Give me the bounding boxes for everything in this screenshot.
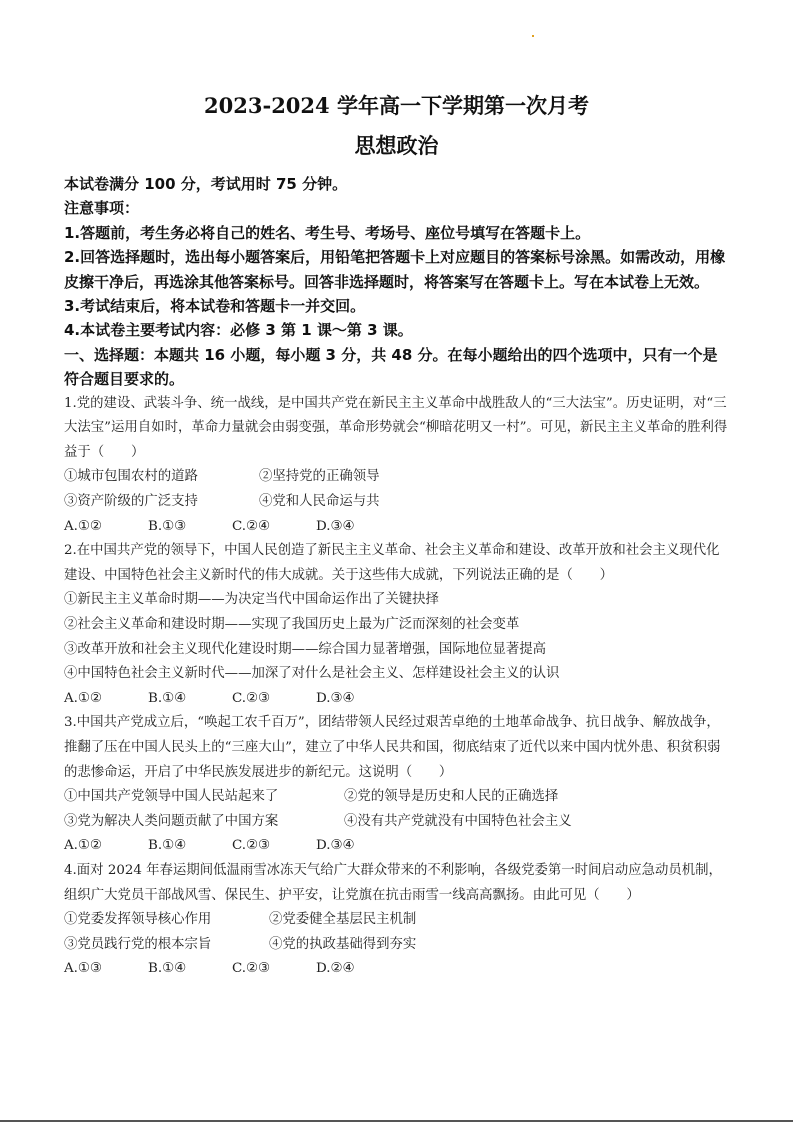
statement: ①党委发挥领导核心作用 [64, 908, 269, 933]
statement: ①新民主主义革命时期——为决定当代中国命运作出了关键抉择 [64, 588, 729, 613]
question-3: 3.中国共产党成立后，“唤起工农千百万”，团结带领人民经过艰苦卓绝的土地革命战争… [64, 711, 729, 859]
notice-item-3: 3.考试结束后，将本试卷和答题卡一并交回。 [64, 294, 729, 318]
statement: ④中国特色社会主义新时代——加深了对什么是社会主义、怎样建设社会主义的认识 [64, 662, 729, 687]
statement: ②党委健全基层民主机制 [269, 908, 416, 933]
statement: ②党的领导是历史和人民的正确选择 [344, 785, 558, 810]
question-stem: 2.在中国共产党的领导下，中国人民创造了新民主主义革命、社会主义革命和建设、改革… [64, 539, 729, 588]
choice-d: D.③④ [316, 515, 400, 540]
statement-row: ③党员践行党的根本宗旨 ④党的执政基础得到夯实 [64, 933, 729, 958]
choice-c: C.②③ [232, 957, 316, 982]
notice-heading: 注意事项： [64, 196, 729, 220]
statement: ③改革开放和社会主义现代化建设时期——综合国力显著增强，国际地位显著提高 [64, 638, 729, 663]
statement: ④党的执政基础得到夯实 [269, 933, 416, 958]
choice-d: D.②④ [316, 957, 400, 982]
subject-title: 思想政治 [0, 130, 793, 160]
choice-row: A.①② B.①③ C.②④ D.③④ [64, 515, 729, 540]
question-1: 1.党的建设、武装斗争、统一战线，是中国共产党在新民主主义革命中战胜敌人的“三大… [64, 392, 729, 540]
question-4: 4.面对 2024 年春运期间低温雨雪冰冻天气给广大群众带来的不利影响，各级党委… [64, 859, 729, 982]
choice-b: B.①③ [148, 515, 232, 540]
exam-page: 2023-2024 学年高一下学期第一次月考 思想政治 本试卷满分 100 分，… [0, 0, 793, 1122]
statement: ③党员践行党的根本宗旨 [64, 933, 269, 958]
notice-item-4: 4.本试卷主要考试内容：必修 3 第 1 课～第 3 课。 [64, 318, 729, 342]
question-stem: 1.党的建设、武装斗争、统一战线，是中国共产党在新民主主义革命中战胜敌人的“三大… [64, 392, 729, 466]
question-stem: 3.中国共产党成立后，“唤起工农千百万”，团结带领人民经过艰苦卓绝的土地革命战争… [64, 711, 729, 785]
choice-c: C.②③ [232, 834, 316, 859]
statement-row: ①中国共产党领导中国人民站起来了 ②党的领导是历史和人民的正确选择 [64, 785, 729, 810]
notice-item-2: 2.回答选择题时，选出每小题答案后，用铅笔把答题卡上对应题目的答案标号涂黑。如需… [64, 245, 729, 294]
statement-row: ①党委发挥领导核心作用 ②党委健全基层民主机制 [64, 908, 729, 933]
choice-b: B.①④ [148, 687, 232, 712]
exam-content: 本试卷满分 100 分，考试用时 75 分钟。 注意事项： 1.答题前，考生务必… [64, 172, 729, 982]
choice-b: B.①④ [148, 957, 232, 982]
statement: ②坚持党的正确领导 [259, 465, 380, 490]
choice-d: D.③④ [316, 687, 400, 712]
statement: ①城市包围农村的道路 [64, 465, 259, 490]
choice-a: A.①③ [64, 957, 148, 982]
choice-a: A.①② [64, 515, 148, 540]
statement: ①中国共产党领导中国人民站起来了 [64, 785, 344, 810]
statement: ④没有共产党就没有中国特色社会主义 [344, 810, 572, 835]
statement-row: ③党为解决人类问题贡献了中国方案 ④没有共产党就没有中国特色社会主义 [64, 810, 729, 835]
statement: ③资产阶级的广泛支持 [64, 490, 259, 515]
question-stem: 4.面对 2024 年春运期间低温雨雪冰冻天气给广大群众带来的不利影响，各级党委… [64, 859, 729, 908]
statement: ③党为解决人类问题贡献了中国方案 [64, 810, 344, 835]
statement: ②社会主义革命和建设时期——实现了我国历史上最为广泛而深刻的社会变革 [64, 613, 729, 638]
choice-b: B.①④ [148, 834, 232, 859]
choice-row: A.①② B.①④ C.②③ D.③④ [64, 687, 729, 712]
choice-a: A.①② [64, 687, 148, 712]
choice-c: C.②④ [232, 515, 316, 540]
score-info: 本试卷满分 100 分，考试用时 75 分钟。 [64, 172, 729, 196]
exam-title: 2023-2024 学年高一下学期第一次月考 [0, 90, 793, 120]
choice-a: A.①② [64, 834, 148, 859]
notice-item-1: 1.答题前，考生务必将自己的姓名、考生号、考场号、座位号填写在答题卡上。 [64, 221, 729, 245]
statement: ④党和人民命运与共 [259, 490, 380, 515]
statement-row: ①城市包围农村的道路 ②坚持党的正确领导 [64, 465, 729, 490]
statement-row: ③资产阶级的广泛支持 ④党和人民命运与共 [64, 490, 729, 515]
choice-c: C.②③ [232, 687, 316, 712]
choice-d: D.③④ [316, 834, 400, 859]
question-2: 2.在中国共产党的领导下，中国人民创造了新民主主义革命、社会主义革命和建设、改革… [64, 539, 729, 711]
decorative-dot [532, 35, 534, 37]
choice-row: A.①③ B.①④ C.②③ D.②④ [64, 957, 729, 982]
choice-row: A.①② B.①④ C.②③ D.③④ [64, 834, 729, 859]
section-heading: 一、选择题：本题共 16 小题，每小题 3 分，共 48 分。在每小题给出的四个… [64, 343, 729, 392]
